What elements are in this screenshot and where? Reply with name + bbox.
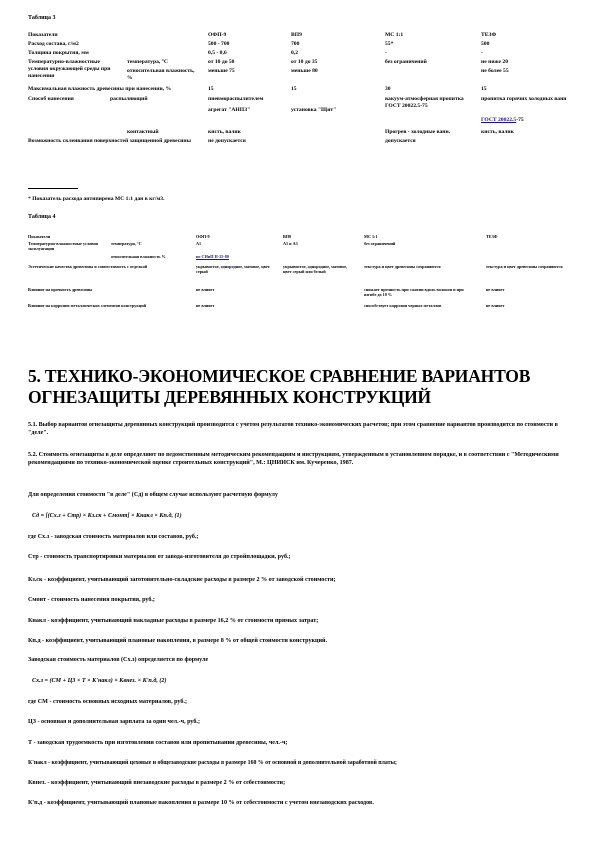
table4-cell: укрывистое, однородное, матовое, цвет се… (283, 264, 355, 275)
table3-row-label: Температурно-влажностные условия окружаю… (28, 59, 120, 80)
table4-row-label: Влияние на прочность древесины (28, 287, 92, 292)
table3-header-ms11: МС 1:1 (385, 32, 403, 39)
definition: где Сх.з - заводская стоимость материало… (28, 533, 573, 541)
definition: ЦЗ - основная и дополнительная зарплата … (28, 718, 573, 726)
table3-cell: агрегат "АНПЗ" (208, 107, 250, 114)
table3-cell: допускается (385, 138, 416, 145)
table4-cell: не влияет (196, 303, 214, 308)
formula-1: Сд = [(Сх.з + Стр) × Кз.ск + Смонт] × Кн… (32, 512, 182, 520)
table4-header-vp9: ВП9 (283, 234, 291, 239)
table3-row-label: Расход состава, г/м2 (28, 41, 79, 48)
table3-cell: - (385, 50, 387, 57)
definition: Кнакл - коэффициент, учитывающий накладн… (28, 617, 573, 625)
table4-cell: снижает прочность при сжатии вдоль волок… (364, 287, 476, 298)
table3-cell: 700 (291, 41, 299, 48)
section-title: 5. ТЕХНИКО-ЭКОНОМИЧЕСКОЕ СРАВНЕНИЕ ВАРИА… (28, 366, 568, 408)
table3-cell: 15 (291, 86, 297, 93)
table4-cell: укрывистое, однородное, матовое, цвет се… (196, 264, 274, 275)
definition: Кп.д - коэффициент, учитывающий плановые… (28, 637, 573, 645)
formula-intro: Для определения стоимости "в деле" (Сд) … (28, 491, 568, 499)
table3-row-sublabel: относительная влажность, % (127, 68, 197, 82)
formula-2-intro: Заводская стоимость материалов (Сх.з) оп… (28, 656, 573, 664)
table3-row-sublabel: распыляющий (110, 96, 148, 103)
table3-row-sublabel: температура, °С (127, 59, 168, 66)
table4-cell: не влияет (486, 303, 504, 308)
gost-link[interactable]: ГОСТ 20022.5 (481, 117, 516, 123)
table4-caption: Таблица 4 (28, 214, 55, 220)
table4-row-sublabel: относительная влажность % (111, 254, 166, 259)
definition: Т - заводская трудоемкость при изготовле… (28, 739, 573, 747)
table3-cell: 55* (385, 41, 393, 48)
paragraph-5-2: 5.2. Стоимость огнезащиты в деле определ… (28, 451, 568, 467)
definition: Кз.ск - коэффициент, учитывающий заготов… (28, 576, 573, 584)
definition: где СМ - стоимость основных исходных мат… (28, 698, 573, 706)
table3-cell: меньше 80 (291, 68, 318, 75)
table4-header-tezf: ТЕЗФ (486, 234, 497, 239)
table3-cell: 0,5 - 0,6 (208, 50, 227, 57)
table3-row-label: Возможность склеивания поверхностей защи… (28, 138, 198, 145)
table4-cell: не влияет (486, 287, 504, 292)
table3-cell: пропитка горячих холодных ванн (481, 96, 571, 103)
table3-header-tezf: ТЕЗФ (481, 32, 496, 39)
table3-row-label: Способ нанесения (28, 96, 74, 103)
table3-header-ofp9: ОФП-9 (208, 32, 226, 39)
footnote: * Показатель расхода антипирена МС 1:1 д… (28, 196, 164, 202)
table4-row-label: Температурно-влажностные условия эксплуа… (28, 241, 108, 252)
table3-cell: 0,2 (291, 50, 298, 57)
table4-cell: А1 и А3 (283, 241, 298, 246)
table3-row-label: Максимальная влажность древесины при нан… (28, 86, 171, 93)
table4-header-ms11: МС 1:1 (364, 234, 378, 239)
table3-cell: кисть, валик (208, 129, 241, 136)
snip-link[interactable]: по СНиП II-25-80 (196, 254, 229, 259)
table3-cell: 500 - 700 (208, 41, 229, 48)
table3-cell: кисть, валик (481, 129, 514, 136)
footnote-rule (28, 188, 78, 189)
table3-cell: вакуум-атмосферная пропитка ГОСТ 20022.5… (385, 96, 477, 110)
definition: Стр - стоимость транспортировки материал… (28, 553, 573, 561)
table3-cell: от 10 до 50 (208, 59, 234, 66)
definition: Смонт - стоимость нанесения покрытия, ру… (28, 596, 573, 604)
table3-cell: 15 (208, 86, 214, 93)
definition: К'накл - коэффициент, учитывающий цеховы… (28, 759, 588, 767)
table3-cell: установка "Щит" (291, 107, 336, 114)
table3-cell: меньше 75 (208, 68, 235, 75)
formula-2: Сх.з = (СМ + ЦЗ × Т × К'накл) × Квнез. ×… (32, 677, 167, 685)
table3-cell: не ниже 20 (481, 59, 508, 66)
paragraph-5-1: 5.1. Выбор вариантов огнезащиты деревянн… (28, 421, 568, 437)
table4-row-sublabel: температура, °С (111, 241, 142, 246)
table3-cell: 500 (481, 41, 489, 48)
table4-cell: способствует коррозии черных металлов (364, 303, 479, 308)
table4-cell: текстура и цвет древесины сохраняются (486, 264, 568, 269)
table4-cell: не влияет (196, 287, 214, 292)
table4-header-label: Показатели (28, 234, 50, 239)
table4-header-ofp9: ОФП-9 (196, 234, 210, 239)
table4-row-label: Эстетические качества древесины и совмес… (28, 264, 153, 269)
table3-cell: без ограничений (385, 59, 427, 66)
table3-header-vp9: ВП9 (291, 32, 302, 39)
table4-cell: текстура и цвет древесины сохраняются (364, 264, 474, 269)
table4-row-label: Влияние на коррозию металлических элемен… (28, 303, 148, 308)
table3-cell: от 10 до 35 (291, 59, 317, 66)
table3-row-label: Толщина покрытия, мм (28, 50, 89, 57)
table3-header-label: Показатели (28, 32, 58, 39)
table3-cell: - (481, 50, 483, 57)
table3-cell: пневмораспылителем (208, 96, 263, 103)
definition: К'п.д - коэффициент, учитывающий плановы… (28, 799, 573, 807)
table3-gost-cell: ГОСТ 20022.5-75 (481, 117, 524, 124)
table3-cell: 30 (385, 86, 391, 93)
table3-cell: Прогрев - холодные ванн. (385, 129, 450, 136)
table3-cell: 15 (481, 86, 487, 93)
table3-row-sublabel: контактный (127, 129, 159, 136)
table4-cell: по СНиП II-25-80 (196, 254, 229, 259)
table4-cell: без ограничений (364, 241, 395, 246)
table4-cell: А1 (196, 241, 201, 246)
definition: Квнез. - коэффициент, учитывающий внезав… (28, 779, 573, 787)
table3-cell: не более 55 (481, 68, 509, 75)
table3-caption: Таблица 3 (28, 15, 55, 21)
table3-cell: не допускается (208, 138, 246, 145)
